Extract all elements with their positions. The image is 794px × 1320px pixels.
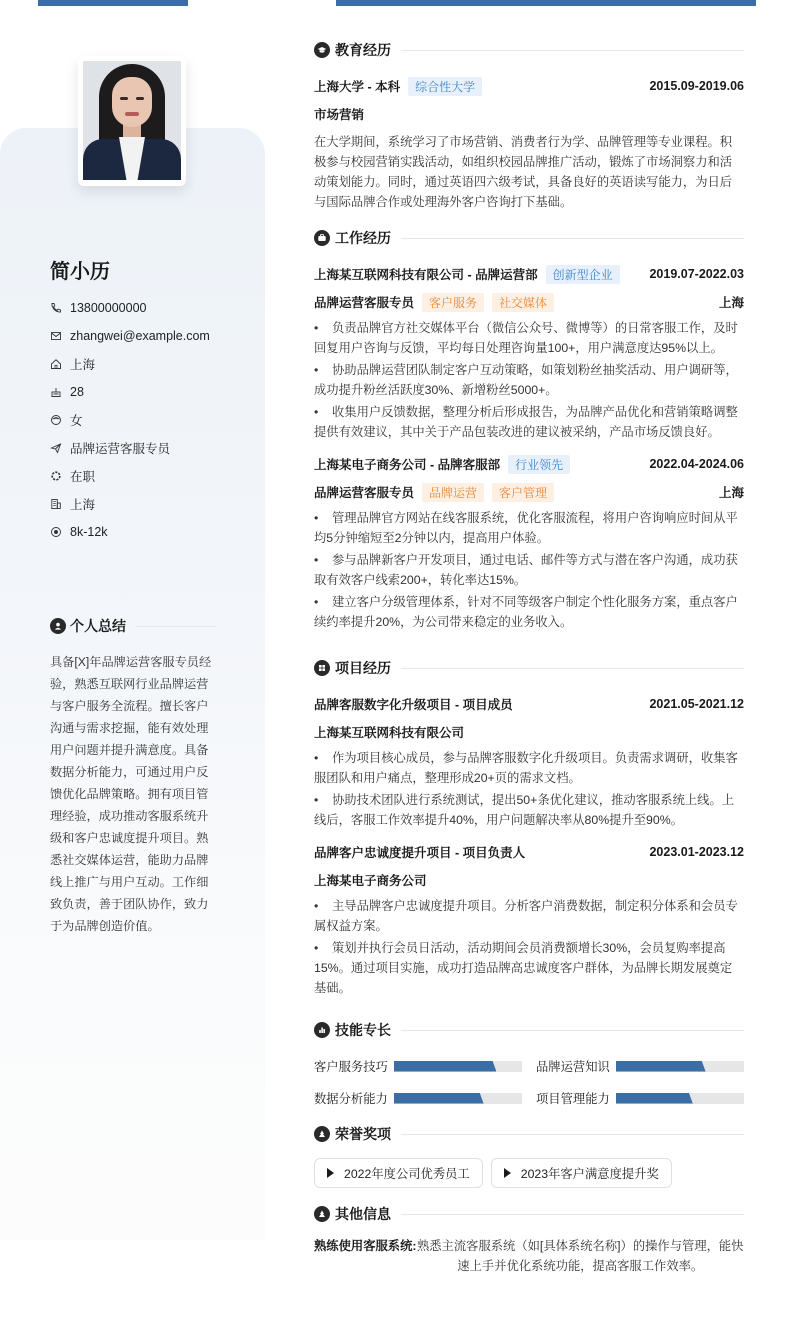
summary-section-header: 个人总结: [50, 616, 216, 636]
info-age: 28: [50, 378, 210, 406]
info-gender: 女: [50, 406, 210, 434]
role-tag: 客户管理: [492, 483, 554, 502]
work-bullet: •收集用户反馈数据，整理分析后形成报告，为品牌产品优化和营销策略调整提供有效建议…: [314, 402, 744, 442]
summary-text: 具备[X]年品牌运营客服专员经验，熟悉互联网行业品牌运营与客户服务全流程。擅长客…: [50, 651, 216, 937]
project-company: 上海某互联网科技有限公司: [314, 723, 464, 741]
work-location: 上海: [719, 483, 744, 501]
major: 市场营销: [314, 105, 364, 123]
grid-icon: [314, 660, 330, 676]
role-name: 品牌运营客服专员: [314, 293, 414, 311]
company-tag: 行业领先: [508, 455, 570, 474]
triangle-icon: [327, 1168, 334, 1178]
award-icon: [314, 1126, 330, 1142]
skill-bar: [616, 1093, 744, 1104]
role-tag: 品牌运营: [422, 483, 484, 502]
user-circle-icon: [50, 618, 66, 634]
project-bullet: •策划并执行会员日活动，活动期间会员消费额增长30%，会员复购率提高15%。通过…: [314, 938, 744, 998]
main-content: 教育经历 上海大学 - 本科综合性大学 2015.09-2019.06 市场营销…: [314, 38, 744, 1276]
school-name: 上海大学 - 本科: [314, 77, 400, 95]
contact-info-list: 13800000000 zhangwei@example.com 上海 28 女…: [50, 294, 210, 546]
work-date: 2019.07-2022.03: [649, 267, 744, 281]
avatar: [78, 56, 186, 186]
info-salary: 8k-12k: [50, 518, 210, 546]
work-bullet: •管理品牌官方网站在线客服系统，优化客服流程，将用户咨询响应时间从平均5分钟缩短…: [314, 508, 744, 548]
candidate-name: 简小历: [50, 255, 110, 284]
company-name: 上海某互联网科技有限公司 - 品牌运营部: [314, 265, 538, 283]
info-phone: 13800000000: [50, 294, 210, 322]
projects-section-header: 项目经历: [314, 656, 744, 680]
work-location: 上海: [719, 293, 744, 311]
work-bullet: •协助品牌运营团队制定客户互动策略，如策划粉丝抽奖活动、用户调研等，成功提升粉丝…: [314, 360, 744, 400]
project-bullet: •作为项目核心成员，参与品牌客服数字化升级项目。负责需求调研，收集客服团队和用户…: [314, 748, 744, 788]
project-name: 品牌客服数字化升级项目 - 项目成员: [314, 695, 513, 713]
award-chip: 2023年客户满意度提升奖: [491, 1158, 672, 1188]
project-item: 品牌客服数字化升级项目 - 项目成员 2021.05-2021.12 上海某互联…: [314, 690, 744, 830]
work-item: 上海某互联网科技有限公司 - 品牌运营部创新型企业 2019.07-2022.0…: [314, 260, 744, 442]
project-date: 2023.01-2023.12: [649, 845, 744, 859]
building-icon: [50, 498, 62, 510]
other-info-key: 熟练使用客服系统:: [314, 1236, 416, 1276]
home-icon: [50, 358, 62, 370]
skill-bar: [394, 1093, 522, 1104]
info-icon: [314, 1206, 330, 1222]
status-icon: [50, 470, 62, 482]
skills-grid: 客户服务技巧 品牌运营知识 数据分析能力 项目管理能力: [314, 1054, 744, 1110]
skill-item: 项目管理能力: [536, 1086, 744, 1110]
work-item: 上海某电子商务公司 - 品牌客服部行业领先 2022.04-2024.06 品牌…: [314, 450, 744, 632]
mail-icon: [50, 330, 62, 342]
education-section-header: 教育经历: [314, 38, 744, 62]
graduation-cap-icon: [314, 42, 330, 58]
project-bullet: •协助技术团队进行系统测试，提出50+条优化建议，推动客服系统上线。上线后，客服…: [314, 790, 744, 830]
top-accent-bar-left: [38, 0, 188, 6]
skill-bar: [394, 1061, 522, 1072]
awards-list: 2022年度公司优秀员工 2023年客户满意度提升奖: [314, 1158, 744, 1188]
info-job-target: 品牌运营客服专员: [50, 434, 210, 462]
project-name: 品牌客户忠诚度提升项目 - 项目负责人: [314, 843, 525, 861]
award-chip: 2022年度公司优秀员工: [314, 1158, 483, 1188]
skills-section-header: 技能专长: [314, 1018, 744, 1042]
top-accent-bar-right: [336, 0, 756, 6]
education-desc: 在大学期间，系统学习了市场营销、消费者行为学、品牌管理等专业课程。积极参与校园营…: [314, 132, 744, 212]
info-status: 在职: [50, 462, 210, 490]
work-date: 2022.04-2024.06: [649, 457, 744, 471]
info-home: 上海: [50, 350, 210, 378]
work-bullet: •参与品牌新客户开发项目，通过电话、邮件等方式与潜在客户沟通，成功获取有效客户线…: [314, 550, 744, 590]
project-date: 2021.05-2021.12: [649, 697, 744, 711]
company-name: 上海某电子商务公司 - 品牌客服部: [314, 455, 500, 473]
briefcase-icon: [314, 230, 330, 246]
skill-item: 客户服务技巧: [314, 1054, 522, 1078]
work-bullet: •负责品牌官方社交媒体平台（微信公众号、微博等）的日常客服工作，及时回复用户咨询…: [314, 318, 744, 358]
info-email: zhangwei@example.com: [50, 322, 210, 350]
other-section-header: 其他信息: [314, 1202, 744, 1226]
role-tag: 社交媒体: [492, 293, 554, 312]
role-tag: 客户服务: [422, 293, 484, 312]
info-city: 上海: [50, 490, 210, 518]
company-tag: 创新型企业: [546, 265, 620, 284]
school-tag: 综合性大学: [408, 77, 482, 96]
role-name: 品牌运营客服专员: [314, 483, 414, 501]
paper-plane-icon: [50, 442, 62, 454]
work-section-header: 工作经历: [314, 226, 744, 250]
project-company: 上海某电子商务公司: [314, 871, 427, 889]
awards-section-header: 荣誉奖项: [314, 1122, 744, 1146]
skill-bar: [616, 1061, 744, 1072]
education-date: 2015.09-2019.06: [649, 79, 744, 93]
skill-item: 品牌运营知识: [536, 1054, 744, 1078]
other-info-row: 熟练使用客服系统: 熟悉主流客服系统（如[具体系统名称]）的操作与管理，能快速上…: [314, 1236, 744, 1276]
work-bullet: •建立客户分级管理体系，针对不同等级客户制定个性化服务方案，重点客户续约率提升2…: [314, 592, 744, 632]
salary-icon: [50, 526, 62, 538]
profile-photo: [83, 61, 181, 180]
skill-item: 数据分析能力: [314, 1086, 522, 1110]
project-bullet: •主导品牌客户忠诚度提升项目。分析客户消费数据，制定积分体系和会员专属权益方案。: [314, 896, 744, 936]
education-row: 上海大学 - 本科综合性大学 2015.09-2019.06: [314, 72, 744, 100]
project-item: 品牌客户忠诚度提升项目 - 项目负责人 2023.01-2023.12 上海某电…: [314, 838, 744, 998]
other-info-value: 熟悉主流客服系统（如[具体系统名称]）的操作与管理，能快速上手并优化系统功能，提…: [416, 1236, 744, 1276]
phone-icon: [50, 302, 62, 314]
age-icon: [50, 386, 62, 398]
gender-icon: [50, 414, 62, 426]
bar-chart-icon: [314, 1022, 330, 1038]
triangle-icon: [504, 1168, 511, 1178]
